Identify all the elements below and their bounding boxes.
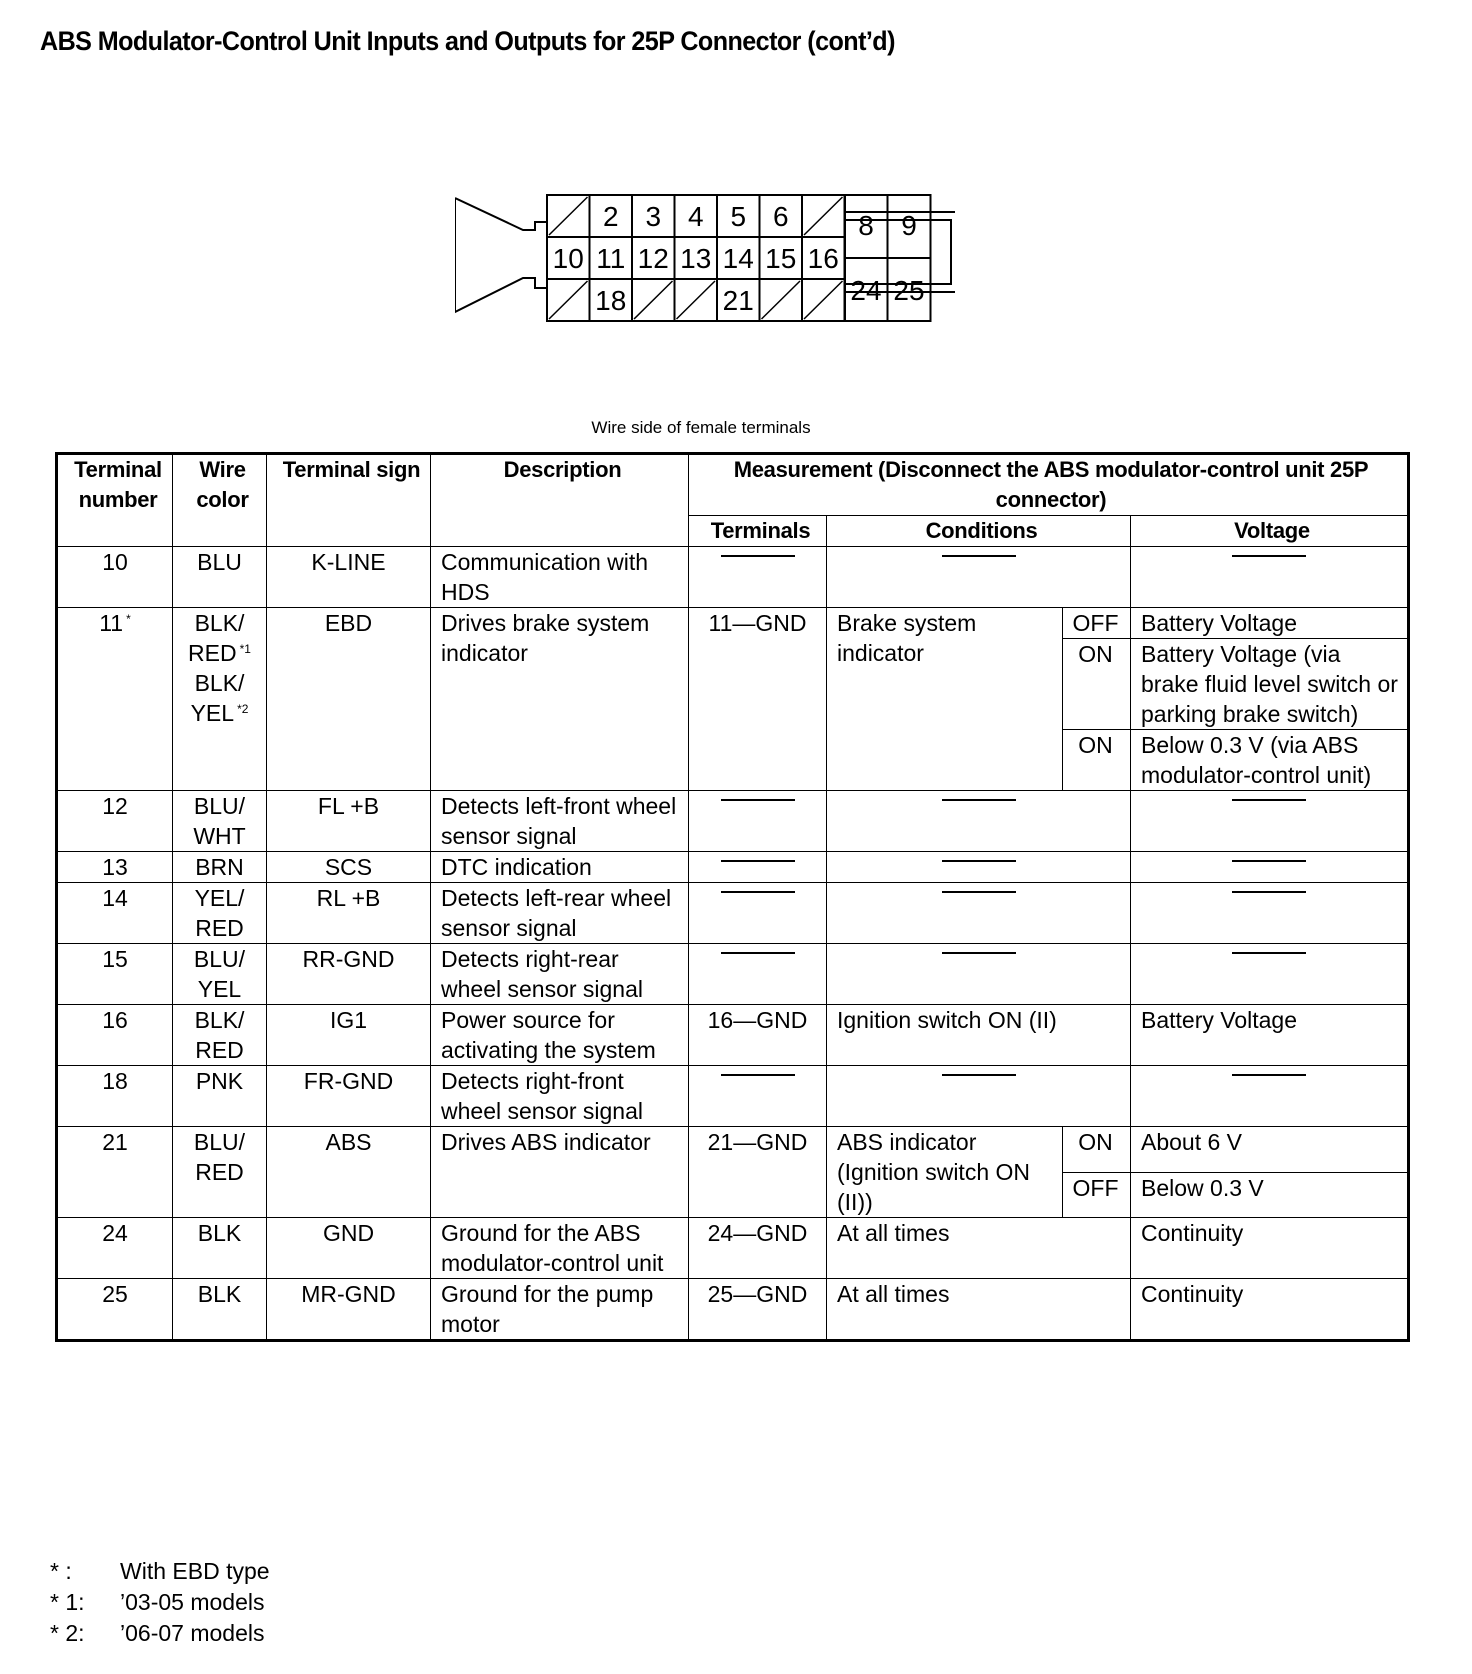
table-row: 12BLU/WHTFL +BDetects left-front wheel s… xyxy=(57,791,1409,852)
measurement-conditions xyxy=(827,883,1131,944)
pin-13: 13 xyxy=(680,243,711,274)
terminal-sign: FR-GND xyxy=(267,1066,431,1127)
empty-dash xyxy=(942,555,1016,557)
measurement-conditions xyxy=(827,944,1131,1005)
empty-dash xyxy=(1232,799,1306,801)
footnote-marker: *1 xyxy=(240,642,251,656)
connector-caption: Wire side of female terminals xyxy=(591,418,810,438)
measurement-terminals xyxy=(689,547,827,608)
header-description: Description xyxy=(431,454,689,547)
footnote: * 2:’06-07 models xyxy=(50,1618,270,1649)
table-row: 24BLKGNDGround for the ABS modulator-con… xyxy=(57,1218,1409,1279)
table-row: 11*BLK/RED*1BLK/YEL*2EBDDrives brake sys… xyxy=(57,608,1409,639)
terminal-number: 13 xyxy=(57,852,173,883)
measurement-voltage: Battery Voltage xyxy=(1131,1005,1409,1066)
empty-dash xyxy=(721,555,795,557)
measurement-voltage: Below 0.3 V xyxy=(1131,1172,1409,1218)
table-row: 13BRNSCSDTC indication xyxy=(57,852,1409,883)
measurement-terminals: 16—GND xyxy=(689,1005,827,1066)
footnote-marker: * xyxy=(126,612,131,626)
pin-14: 14 xyxy=(723,243,754,274)
terminal-sign: MR-GND xyxy=(267,1279,431,1341)
footnote-text: ’03-05 models xyxy=(120,1587,264,1618)
pin-16: 16 xyxy=(808,243,839,274)
svg-text:8: 8 xyxy=(858,210,874,241)
wire-color: PNK xyxy=(173,1066,267,1127)
measurement-terminals: 11—GND xyxy=(689,608,827,791)
description: Communication with HDS xyxy=(431,547,689,608)
pin-2: 2 xyxy=(603,201,619,232)
measurement-conditions xyxy=(827,1066,1131,1127)
wire-color: BLU xyxy=(173,547,267,608)
empty-dash xyxy=(942,860,1016,862)
measurement-conditions: ABS indicator (Ignition switch ON (II)) xyxy=(827,1127,1063,1218)
header-terminal-sign: Terminal sign xyxy=(267,454,431,547)
wire-color: BLU/RED xyxy=(173,1127,267,1218)
header-measurement: Measurement (Disconnect the ABS modulato… xyxy=(689,454,1409,516)
measurement-conditions: At all times xyxy=(827,1279,1131,1341)
terminal-table: Terminal number Wire color Terminal sign… xyxy=(55,452,1410,1342)
terminal-sign: GND xyxy=(267,1218,431,1279)
terminal-number: 18 xyxy=(57,1066,173,1127)
measurement-voltage: About 6 V xyxy=(1131,1127,1409,1173)
empty-dash xyxy=(721,799,795,801)
terminal-number: 21 xyxy=(57,1127,173,1218)
terminal-sign: ABS xyxy=(267,1127,431,1218)
terminal-sign: RL +B xyxy=(267,883,431,944)
terminal-sign: EBD xyxy=(267,608,431,791)
terminal-number: 12 xyxy=(57,791,173,852)
pin-4: 4 xyxy=(688,201,704,232)
empty-dash xyxy=(1232,860,1306,862)
switch-state: ON xyxy=(1063,730,1131,791)
connector-diagram-25p: 23456101112131415161821892425 xyxy=(455,190,955,325)
measurement-terminals: 24—GND xyxy=(689,1218,827,1279)
switch-state: ON xyxy=(1063,1127,1131,1173)
description: Detects right-rear wheel sensor signal xyxy=(431,944,689,1005)
measurement-conditions: At all times xyxy=(827,1218,1131,1279)
measurement-voltage: Battery Voltage xyxy=(1131,608,1409,639)
terminal-number: 25 xyxy=(57,1279,173,1341)
terminal-number: 24 xyxy=(57,1218,173,1279)
pin-15: 15 xyxy=(765,243,796,274)
footnote-text: With EBD type xyxy=(120,1556,270,1587)
measurement-conditions xyxy=(827,791,1131,852)
empty-dash xyxy=(721,952,795,954)
measurement-terminals xyxy=(689,1066,827,1127)
svg-text:9: 9 xyxy=(901,210,917,241)
table-row: 18PNKFR-GNDDetects right-front wheel sen… xyxy=(57,1066,1409,1127)
table-row: 14YEL/REDRL +BDetects left-rear wheel se… xyxy=(57,883,1409,944)
description: Power source for activating the system xyxy=(431,1005,689,1066)
description: Detects left-rear wheel sensor signal xyxy=(431,883,689,944)
wire-color: BLK xyxy=(173,1218,267,1279)
footnote-text: ’06-07 models xyxy=(120,1618,264,1649)
measurement-terminals xyxy=(689,944,827,1005)
measurement-terminals: 21—GND xyxy=(689,1127,827,1218)
description: Ground for the ABS modulator-control uni… xyxy=(431,1218,689,1279)
table-row: 21BLU/REDABSDrives ABS indicator21—GNDAB… xyxy=(57,1127,1409,1173)
pin-21: 21 xyxy=(723,285,754,316)
pin-6: 6 xyxy=(773,201,789,232)
wire-color: BRN xyxy=(173,852,267,883)
table-row: 15BLU/YELRR-GNDDetects right-rear wheel … xyxy=(57,944,1409,1005)
switch-state: OFF xyxy=(1063,1172,1131,1218)
measurement-voltage xyxy=(1131,547,1409,608)
pin-5: 5 xyxy=(730,201,746,232)
pin-11: 11 xyxy=(596,243,625,274)
wire-color: BLK/RED xyxy=(173,1005,267,1066)
measurement-conditions: Brake system indicator xyxy=(827,608,1063,791)
pin-12: 12 xyxy=(638,243,669,274)
footnotes: * :With EBD type* 1:’03-05 models* 2:’06… xyxy=(50,1556,270,1649)
footnote: * 1:’03-05 models xyxy=(50,1587,270,1618)
measurement-voltage xyxy=(1131,852,1409,883)
header-terminal-number: Terminal number xyxy=(57,454,173,547)
footnote-mark: * 2: xyxy=(50,1618,120,1649)
header-conditions: Conditions xyxy=(827,516,1131,547)
description: DTC indication xyxy=(431,852,689,883)
table-row: 16BLK/REDIG1Power source for activating … xyxy=(57,1005,1409,1066)
measurement-voltage: Continuity xyxy=(1131,1279,1409,1341)
terminal-number: 14 xyxy=(57,883,173,944)
empty-dash xyxy=(1232,1074,1306,1076)
terminal-sign: IG1 xyxy=(267,1005,431,1066)
empty-dash xyxy=(721,891,795,893)
wire-color: BLK xyxy=(173,1279,267,1341)
svg-text:25: 25 xyxy=(893,275,924,306)
terminal-number: 16 xyxy=(57,1005,173,1066)
table-row: 25BLKMR-GNDGround for the pump motor25—G… xyxy=(57,1279,1409,1341)
measurement-conditions xyxy=(827,852,1131,883)
header-terminals: Terminals xyxy=(689,516,827,547)
measurement-terminals xyxy=(689,883,827,944)
measurement-voltage: Continuity xyxy=(1131,1218,1409,1279)
empty-dash xyxy=(1232,952,1306,954)
description: Drives ABS indicator xyxy=(431,1127,689,1218)
measurement-conditions xyxy=(827,547,1131,608)
measurement-voltage xyxy=(1131,791,1409,852)
page-title: ABS Modulator-Control Unit Inputs and Ou… xyxy=(40,26,895,57)
footnote-mark: * 1: xyxy=(50,1587,120,1618)
pin-10: 10 xyxy=(553,243,584,274)
footnote: * :With EBD type xyxy=(50,1556,270,1587)
pin-3: 3 xyxy=(645,201,661,232)
measurement-terminals xyxy=(689,852,827,883)
footnote-mark: * : xyxy=(50,1556,120,1587)
terminal-number: 10 xyxy=(57,547,173,608)
empty-dash xyxy=(1232,891,1306,893)
terminal-sign: K-LINE xyxy=(267,547,431,608)
wire-color: BLU/YEL xyxy=(173,944,267,1005)
wire-color: BLK/RED*1BLK/YEL*2 xyxy=(173,608,267,791)
empty-dash xyxy=(1232,555,1306,557)
description: Detects left-front wheel sensor signal xyxy=(431,791,689,852)
footnote-marker: *2 xyxy=(237,702,248,716)
terminal-number: 11* xyxy=(57,608,173,791)
svg-text:24: 24 xyxy=(850,275,881,306)
empty-dash xyxy=(942,1074,1016,1076)
switch-state: ON xyxy=(1063,639,1131,730)
empty-dash xyxy=(942,952,1016,954)
terminal-sign: SCS xyxy=(267,852,431,883)
terminal-sign: RR-GND xyxy=(267,944,431,1005)
description: Ground for the pump motor xyxy=(431,1279,689,1341)
empty-dash xyxy=(942,799,1016,801)
description: Drives brake system indicator xyxy=(431,608,689,791)
terminal-sign: FL +B xyxy=(267,791,431,852)
measurement-conditions: Ignition switch ON (II) xyxy=(827,1005,1131,1066)
measurement-voltage xyxy=(1131,883,1409,944)
measurement-voltage: Below 0.3 V (via ABS modulator-control u… xyxy=(1131,730,1409,791)
measurement-voltage xyxy=(1131,944,1409,1005)
measurement-voltage xyxy=(1131,1066,1409,1127)
switch-state: OFF xyxy=(1063,608,1131,639)
wire-color: BLU/WHT xyxy=(173,791,267,852)
measurement-terminals: 25—GND xyxy=(689,1279,827,1341)
table-row: 10BLUK-LINECommunication with HDS xyxy=(57,547,1409,608)
empty-dash xyxy=(721,860,795,862)
pin-18: 18 xyxy=(595,285,626,316)
measurement-voltage: Battery Voltage (via brake fluid level s… xyxy=(1131,639,1409,730)
description: Detects right-front wheel sensor signal xyxy=(431,1066,689,1127)
empty-dash xyxy=(721,1074,795,1076)
wire-color: YEL/RED xyxy=(173,883,267,944)
header-voltage: Voltage xyxy=(1131,516,1409,547)
terminal-number: 15 xyxy=(57,944,173,1005)
header-wire-color: Wire color xyxy=(173,454,267,547)
measurement-terminals xyxy=(689,791,827,852)
empty-dash xyxy=(942,891,1016,893)
